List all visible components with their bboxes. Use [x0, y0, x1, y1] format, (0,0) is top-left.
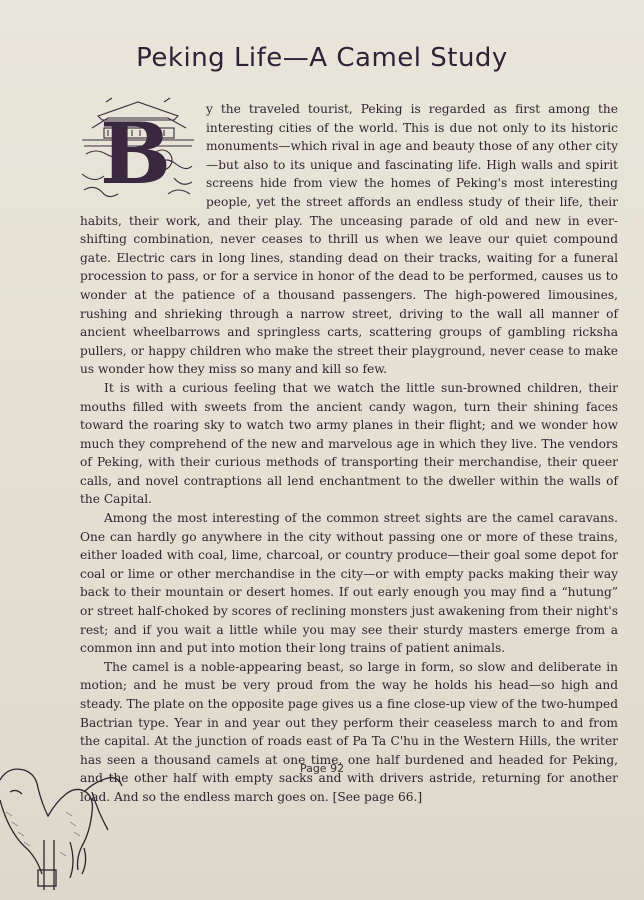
page-title: Peking Life—A Camel Study	[0, 43, 644, 73]
article-body: B y the traveled tourist, Peking is rega…	[80, 100, 618, 807]
book-page: Peking Life—A Camel Study B y the	[0, 0, 644, 900]
drop-cap-letter: B	[100, 112, 171, 196]
drop-cap: B	[78, 94, 198, 206]
paragraph: Among the most interesting of the common…	[80, 509, 618, 658]
paragraph: The camel is a noble-appearing beast, so…	[80, 658, 618, 807]
camel-illustration-icon	[0, 752, 130, 900]
paragraph: It is with a curious feeling that we wat…	[80, 379, 618, 509]
